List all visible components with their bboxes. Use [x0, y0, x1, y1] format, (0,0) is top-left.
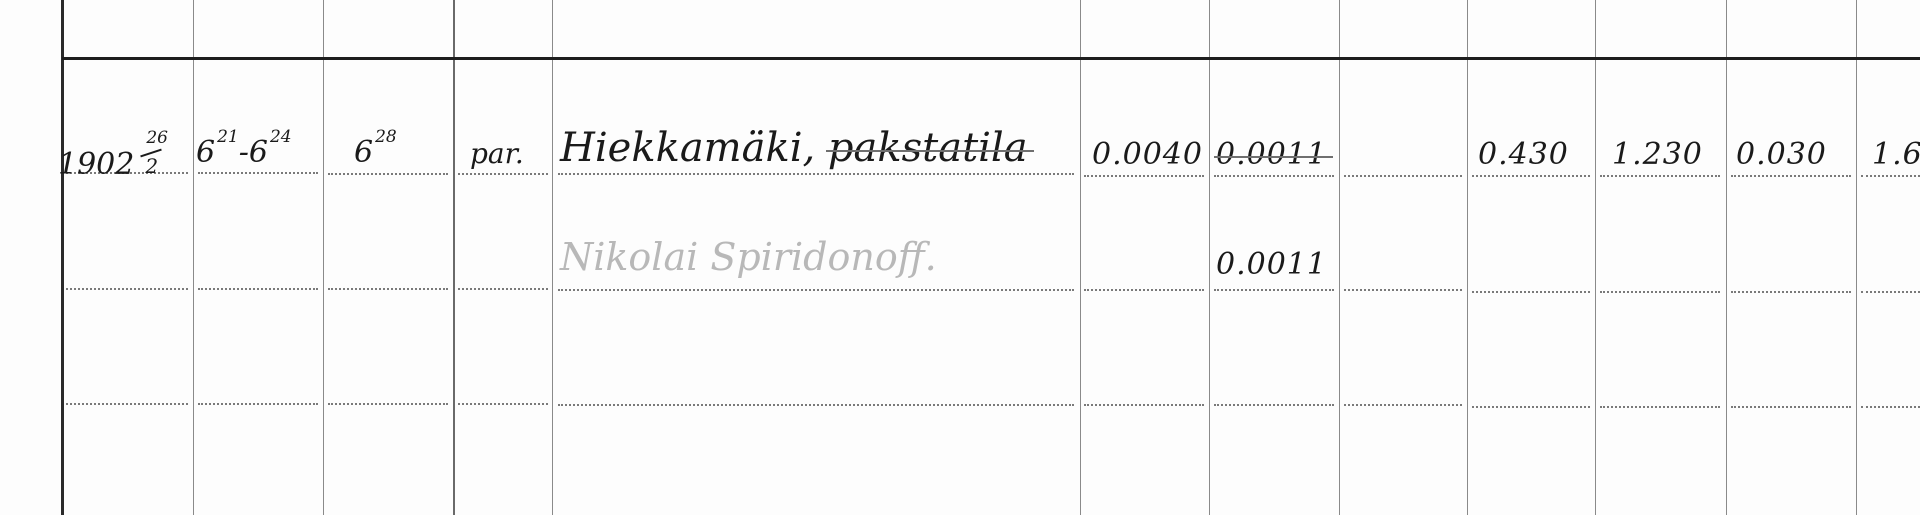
dotted-baseline — [328, 173, 448, 175]
dotted-baseline — [1084, 404, 1204, 406]
ref-base-a: 6 — [196, 135, 215, 170]
value-2-struck-text: 0.0011 — [1216, 137, 1327, 172]
dotted-baseline — [1214, 289, 1334, 291]
column-rule — [193, 0, 194, 515]
dotted-baseline — [1861, 291, 1920, 293]
column-rule — [552, 0, 553, 515]
entry-owner-pencil: Nikolai Spiridonoff. — [560, 238, 937, 276]
entry-value-2-struck: 0.0011 — [1216, 140, 1327, 170]
column-rule — [1209, 0, 1210, 515]
dotted-baseline — [458, 173, 548, 175]
dotted-baseline — [458, 288, 548, 290]
entry-place: Hiekkamäki, pakstatila — [560, 128, 1028, 168]
date-fraction: 262 — [140, 138, 162, 178]
entry-abbreviation: par. — [470, 140, 524, 168]
dotted-baseline — [1731, 406, 1851, 408]
column-rule — [453, 0, 455, 515]
entry-value-5: 1.230 — [1612, 140, 1703, 170]
entry-year: 1902 — [58, 147, 134, 182]
dotted-baseline — [1472, 291, 1590, 293]
dotted-baseline — [1472, 175, 1590, 177]
dotted-baseline — [1344, 289, 1462, 291]
entry-date: 1902262 — [58, 138, 162, 180]
dotted-baseline — [198, 403, 318, 405]
column-rule — [1856, 0, 1857, 515]
entry-reference-range: 621-624 — [196, 138, 292, 168]
ledger-page: 1902262 621-624 628 par. Hiekkamäki, pak… — [0, 0, 1920, 515]
dotted-baseline — [1600, 175, 1720, 177]
dotted-baseline — [1600, 291, 1720, 293]
dotted-baseline — [1861, 406, 1920, 408]
dotted-baseline — [66, 403, 188, 405]
dotted-baseline — [1600, 406, 1720, 408]
column-rule — [1595, 0, 1596, 515]
ref-separator: - — [239, 135, 249, 170]
dotted-baseline — [1214, 175, 1334, 177]
entry-value-1: 0.0040 — [1092, 140, 1203, 170]
column-rule-left-border — [61, 0, 64, 515]
date-day: 26 — [146, 130, 168, 147]
ref-single-sup: 28 — [375, 127, 397, 147]
entry-value-2-corrected: 0.0011 — [1216, 250, 1327, 280]
date-month: 2 — [145, 156, 158, 176]
dotted-baseline — [1344, 404, 1462, 406]
dotted-baseline — [558, 404, 1074, 406]
dotted-baseline — [198, 172, 318, 174]
place-name: Hiekkamäki, — [560, 125, 815, 171]
ref-single-base: 6 — [354, 135, 373, 170]
dotted-baseline — [1084, 175, 1204, 177]
dotted-baseline — [198, 288, 318, 290]
dotted-baseline — [558, 173, 1074, 175]
dotted-baseline — [328, 403, 448, 405]
entry-reference-single: 628 — [354, 138, 397, 168]
dotted-baseline — [458, 403, 548, 405]
dotted-baseline — [1731, 175, 1851, 177]
dotted-baseline — [1472, 406, 1590, 408]
dotted-baseline — [1344, 175, 1462, 177]
column-rule — [323, 0, 324, 515]
dotted-baseline — [1731, 291, 1851, 293]
entry-value-7-partial: 1.6 — [1872, 140, 1920, 170]
ref-sup-b: 24 — [270, 127, 292, 147]
column-rule — [1726, 0, 1727, 515]
header-separator-rule — [62, 57, 1920, 60]
entry-value-4: 0.430 — [1478, 140, 1569, 170]
dotted-baseline — [1214, 404, 1334, 406]
entry-value-6: 0.030 — [1736, 140, 1827, 170]
dotted-baseline — [328, 288, 448, 290]
place-struck-out: pakstatila — [828, 125, 1028, 171]
column-rule — [1339, 0, 1340, 515]
dotted-baseline — [1861, 175, 1920, 177]
dotted-baseline — [66, 288, 188, 290]
ref-sup-a: 21 — [217, 127, 239, 147]
dotted-baseline — [1084, 289, 1204, 291]
dotted-baseline — [558, 289, 1074, 291]
column-rule — [1467, 0, 1468, 515]
ref-base-b: 6 — [249, 135, 268, 170]
column-rule — [1080, 0, 1081, 515]
